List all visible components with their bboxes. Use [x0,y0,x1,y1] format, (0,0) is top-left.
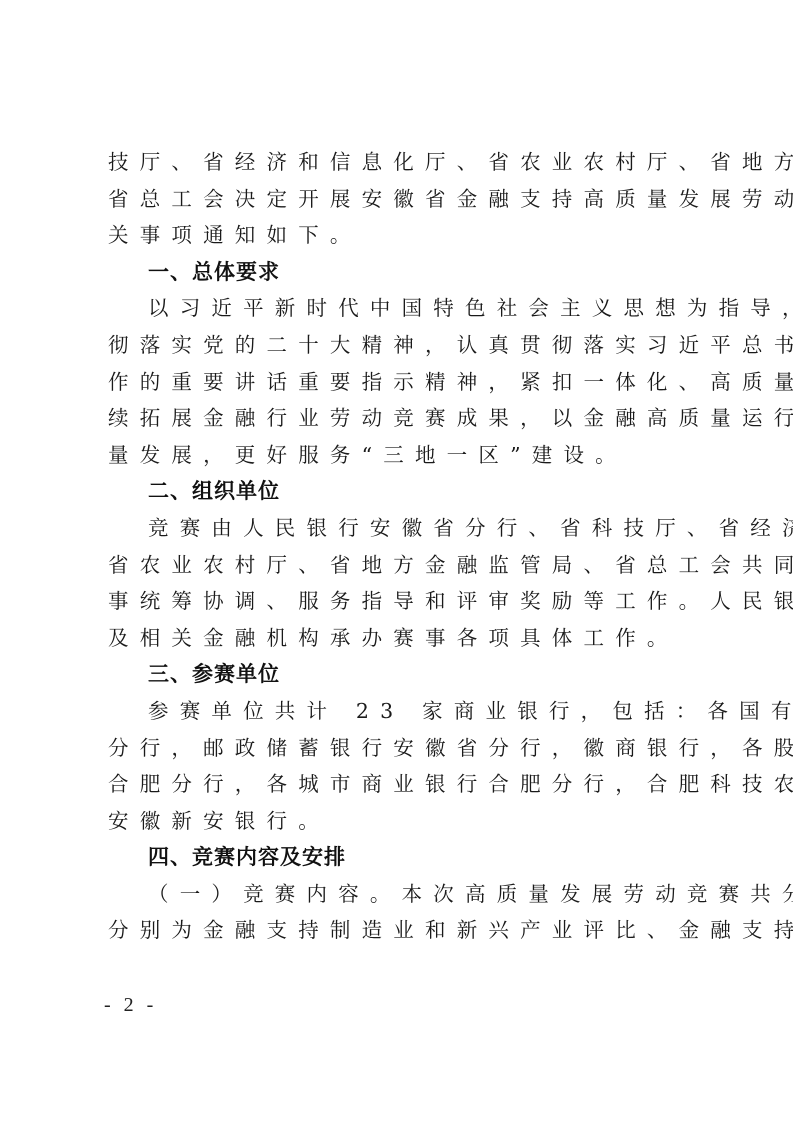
body-line: 量发展，更好服务“三地一区”建设。 [108,437,698,474]
body-line: 省总工会决定开展安徽省金融支持高质量发展劳动竞赛。现就有 [108,181,698,218]
body-line: 分别为金融支持制造业和新兴产业评比、金融支持乡村振兴评比、 [108,912,698,949]
body-line: 续拓展金融行业劳动竞赛成果，以金融高质量运行服务我省高质 [108,400,698,437]
section-heading-general-requirements: 一、总体要求 [108,254,698,291]
paragraph-first-line: 参赛单位共计 23 家商业银行，包括：各国有商业银行安徽省 [108,693,698,730]
body-line: 合肥分行，各城市商业银行合肥分行，合肥科技农村商业银行， [108,766,698,803]
document-body: 技厅、省经济和信息化厅、省农业农村厅、省地方金融监管局、 省总工会决定开展安徽省… [108,144,698,949]
page-number: - 2 - [104,994,157,1017]
paragraph-first-line: 以习近平新时代中国特色社会主义思想为指导，全面准确贯 [108,290,698,327]
body-line: 技厅、省经济和信息化厅、省农业农村厅、省地方金融监管局、 [108,144,698,181]
paragraph-first-line: （一）竞赛内容。本次高质量发展劳动竞赛共分为四个单元， [108,876,698,913]
body-line: 作的重要讲话重要指示精神，紧扣一体化、高质量两个关键，持 [108,364,698,401]
body-line: 关事项通知如下。 [108,217,698,254]
section-heading-organizers: 二、组织单位 [108,473,698,510]
paragraph-first-line: 竞赛由人民银行安徽省分行、省科技厅、省经济和信息化厅、 [108,510,698,547]
body-line: 省农业农村厅、省地方金融监管局、省总工会共同主办，负责赛 [108,547,698,584]
document-page: 技厅、省经济和信息化厅、省农业农村厅、省地方金融监管局、 省总工会决定开展安徽省… [0,0,793,1122]
section-heading-content-and-arrangement: 四、竞赛内容及安排 [108,839,698,876]
body-line: 安徽新安银行。 [108,803,698,840]
body-line: 及相关金融机构承办赛事各项具体工作。 [108,620,698,657]
body-line: 事统筹协调、服务指导和评审奖励等工作。人民银行安徽省分行 [108,583,698,620]
body-line: 彻落实党的二十大精神，认真贯彻落实习近平总书记关于安徽工 [108,327,698,364]
section-heading-participants: 三、参赛单位 [108,656,698,693]
body-line: 分行，邮政储蓄银行安徽省分行，徽商银行，各股份制商业银行 [108,730,698,767]
